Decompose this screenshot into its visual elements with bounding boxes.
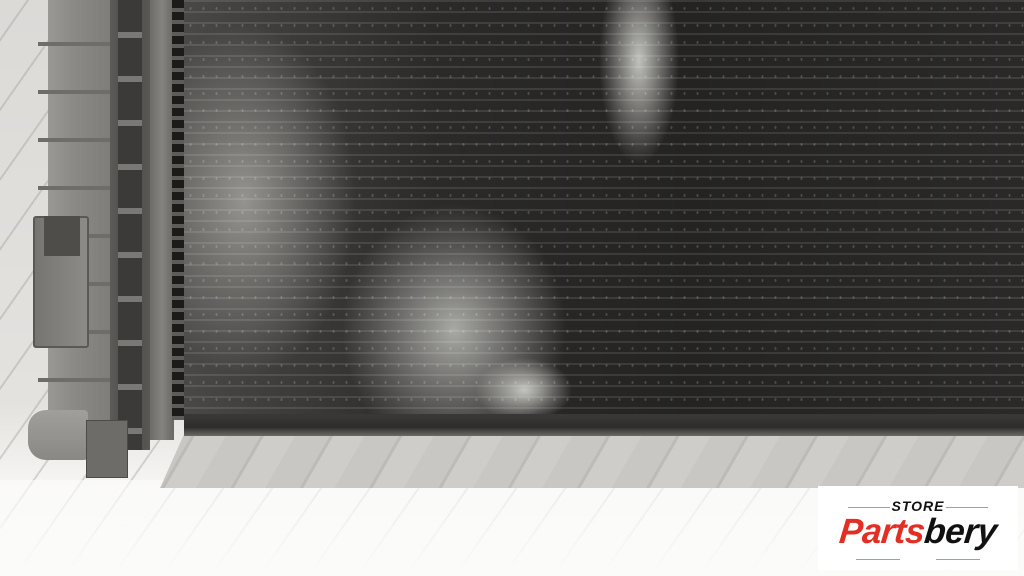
logo-brand-black: bery (923, 512, 999, 551)
radiator-bottom-edge (184, 414, 1024, 436)
radiator-side-strip (150, 0, 174, 440)
logo-brand-text: Partsbery (816, 512, 1020, 552)
store-logo-watermark: STORE Partsbery (818, 486, 1018, 570)
outlet-clip (86, 420, 128, 478)
tank-ribs (38, 0, 118, 420)
tube-ends (172, 0, 184, 420)
logo-brand-red: Parts (838, 512, 927, 551)
core-dust (184, 0, 1024, 430)
logo-rule-right-bottom (936, 559, 980, 560)
diamond-plate-edge (160, 430, 1024, 488)
hose-outlet (28, 410, 88, 460)
rail-slots (118, 0, 142, 450)
logo-rule-left-bottom (856, 559, 900, 560)
bracket-opening (44, 216, 80, 256)
